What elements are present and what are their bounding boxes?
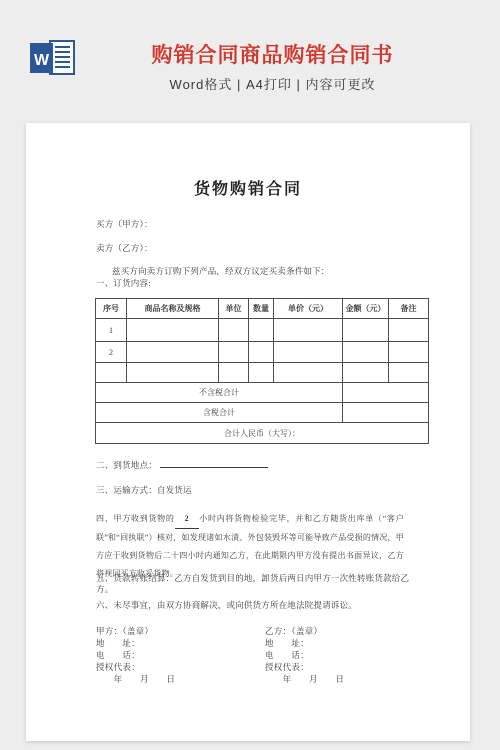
sig-a-date: 年 月 日 <box>96 673 175 685</box>
clause4-suffix: 小时内将货物检验完毕，并和乙方随货出库单（“客户联”和“回执联”）核对，如发现诸… <box>96 514 404 578</box>
sig-a-agent: 授权代表： <box>96 661 175 673</box>
row-number-cell: 2 <box>96 342 127 363</box>
intro-line: 兹买方向卖方订购下列产品，经双方议定买卖条件如下： <box>112 266 330 277</box>
delivery-place-blank <box>160 459 268 468</box>
format-subtitle: Word格式 | A4打印 | 内容可更改 <box>45 77 500 93</box>
table-header-row: 序号 商品名称及规格 单位 数量 单价（元） 金额（元） 备注 <box>96 299 429 319</box>
table-cell <box>274 363 343 383</box>
table-row: 2 <box>96 342 429 363</box>
table-cell <box>127 342 219 363</box>
sig-b-agent: 授权代表： <box>265 661 344 673</box>
sig-a-phone: 电 话： <box>96 649 175 661</box>
col-header-amount: 金额（元） <box>343 299 389 319</box>
sig-b-date: 年 月 日 <box>265 673 344 685</box>
table-cell <box>219 363 249 383</box>
sig-b-phone: 电 话： <box>265 649 344 661</box>
table-cell <box>274 319 343 342</box>
page-title: 购销合同商品购销合同书 <box>45 43 500 69</box>
subtotal-excl-tax-label: 不含税合计 <box>96 383 343 403</box>
clause3-line: 三、运输方式：自发货运 <box>96 485 192 496</box>
col-header-remark: 备注 <box>389 299 429 319</box>
table-cell <box>389 319 429 342</box>
clause2-line: 二、到货地点： <box>96 459 268 471</box>
subtotal-excl-tax-row: 不含税合计 <box>96 383 429 403</box>
col-header-qty: 数量 <box>249 299 274 319</box>
subtotal-incl-tax-row: 含税合计 <box>96 403 429 423</box>
section1-label: 一、订货内容: <box>96 278 151 289</box>
clause4-prefix: 四、甲方收到货物的 <box>96 514 175 523</box>
table-row <box>96 363 429 383</box>
table-cell <box>249 342 274 363</box>
col-header-name: 商品名称及规格 <box>127 299 219 319</box>
table-cell <box>343 363 389 383</box>
col-header-unit: 单位 <box>219 299 249 319</box>
signature-party-a: 甲方：（盖章） 地 址： 电 话： 授权代表： 年 月 日 <box>96 625 175 685</box>
subtotal-incl-tax-value <box>343 403 429 423</box>
row-number-cell: 1 <box>96 319 127 342</box>
row-number-cell <box>96 363 127 383</box>
table-cell <box>249 363 274 383</box>
table-cell <box>127 363 219 383</box>
template-preview-canvas: W 购销合同商品购销合同书 Word格式 | A4打印 | 内容可更改 货物购销… <box>0 0 500 750</box>
total-in-words-label: 合计人民币（大写）： <box>96 423 429 444</box>
col-header-price: 单价（元） <box>274 299 343 319</box>
table-cell <box>274 342 343 363</box>
table-cell <box>249 319 274 342</box>
signature-party-b: 乙方：（盖章） 地 址： 电 话： 授权代表： 年 月 日 <box>265 625 344 685</box>
buyer-line: 买方（甲方）： <box>96 219 153 230</box>
subtotal-excl-tax-value <box>343 383 429 403</box>
document-page: 货物购销合同 买方（甲方）： 卖方（乙方）： 兹买方向卖方订购下列产品，经双方议… <box>26 123 470 741</box>
table-cell <box>127 319 219 342</box>
clause5-line: 五、货款转账结算：乙方自发货到目的地，卸货后两日内甲方一次性转账货款给乙方。 <box>96 573 416 595</box>
table-cell <box>219 319 249 342</box>
contract-title: 货物购销合同 <box>26 176 470 199</box>
order-table: 序号 商品名称及规格 单位 数量 单价（元） 金额（元） 备注 1 2 <box>95 298 429 444</box>
table-cell <box>343 342 389 363</box>
sig-a-address: 地 址： <box>96 637 175 649</box>
clause4-blank-value: 2 <box>175 510 199 529</box>
table-cell <box>389 363 429 383</box>
sig-a-stamp: 甲方：（盖章） <box>96 625 175 637</box>
total-in-words-row: 合计人民币（大写）： <box>96 423 429 444</box>
subtotal-incl-tax-label: 含税合计 <box>96 403 343 423</box>
sig-b-address: 地 址： <box>265 637 344 649</box>
table-row: 1 <box>96 319 429 342</box>
table-cell <box>343 319 389 342</box>
col-header-seq: 序号 <box>96 299 127 319</box>
clause2-label: 二、到货地点： <box>96 460 157 470</box>
seller-line: 卖方（乙方）： <box>96 243 153 254</box>
table-cell <box>219 342 249 363</box>
table-cell <box>389 342 429 363</box>
clause6-line: 六、未尽事宜，由双方协商解决，或向供货方所在地法院提请诉讼。 <box>96 600 416 611</box>
sig-b-stamp: 乙方：（盖章） <box>265 625 344 637</box>
